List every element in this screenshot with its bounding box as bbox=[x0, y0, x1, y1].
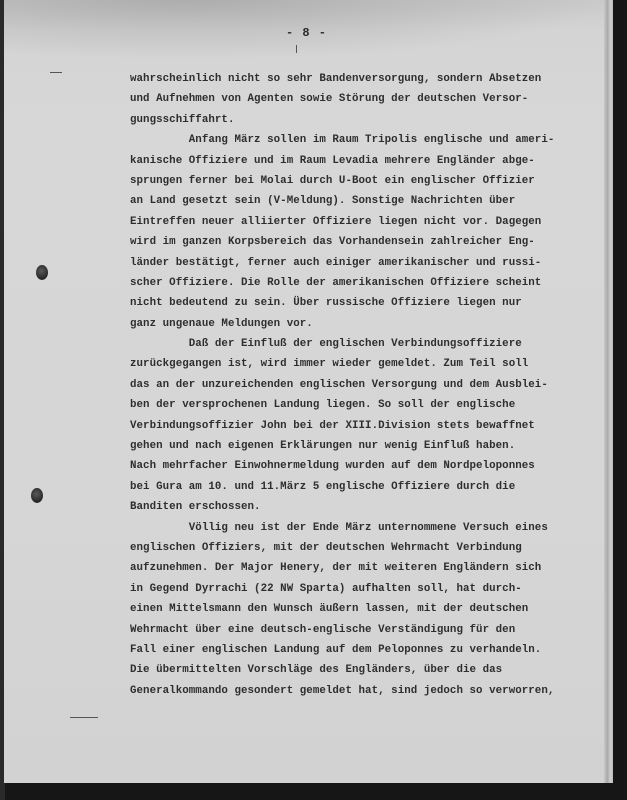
text-line: Völlig neu ist der Ende März unternommen… bbox=[130, 518, 600, 538]
text-line: scher Offiziere. Die Rolle der amerikani… bbox=[130, 273, 600, 293]
text-line: sprungen ferner bei Molai durch U-Boot e… bbox=[130, 171, 600, 191]
margin-mark bbox=[70, 717, 98, 718]
text-line: Nach mehrfacher Einwohnermeldung wurden … bbox=[130, 456, 600, 476]
text-line: Wehrmacht über eine deutsch-englische Ve… bbox=[130, 620, 600, 640]
text-line: zurückgegangen ist, wird immer wieder ge… bbox=[130, 354, 600, 374]
text-line: in Gegend Dyrrachi (22 NW Sparta) aufhal… bbox=[130, 579, 600, 599]
text-line: Anfang März sollen im Raum Tripolis engl… bbox=[130, 130, 600, 150]
text-line: Eintreffen neuer alliierter Offiziere li… bbox=[130, 212, 600, 232]
body-text: wahrscheinlich nicht so sehr Bandenverso… bbox=[130, 69, 600, 701]
paper-sheet: - 8 - wahrscheinlich nicht so sehr Bande… bbox=[4, 0, 609, 783]
text-line: ben der versprochenen Landung liegen. So… bbox=[130, 395, 600, 415]
margin-mark bbox=[50, 72, 62, 73]
text-line: wahrscheinlich nicht so sehr Bandenverso… bbox=[130, 69, 600, 89]
text-line: und Aufnehmen von Agenten sowie Störung … bbox=[130, 89, 600, 109]
scanned-page: - 8 - wahrscheinlich nicht so sehr Bande… bbox=[0, 0, 627, 800]
text-line: Verbindungsoffizier John bei der XIII.Di… bbox=[130, 416, 600, 436]
punch-hole-icon bbox=[36, 265, 48, 280]
text-line: Daß der Einfluß der englischen Verbindun… bbox=[130, 334, 600, 354]
text-line: Banditen erschossen. bbox=[130, 497, 600, 517]
text-line: Generalkommando gesondert gemeldet hat, … bbox=[130, 681, 600, 701]
text-line: kanische Offiziere und im Raum Levadia m… bbox=[130, 151, 600, 171]
text-line: Fall einer englischen Landung auf dem Pe… bbox=[130, 640, 600, 660]
text-line: länder bestätigt, ferner auch einiger am… bbox=[130, 253, 600, 273]
text-line: nicht bedeutend zu sein. Über russische … bbox=[130, 293, 600, 313]
text-line: wird im ganzen Korpsbereich das Vorhande… bbox=[130, 232, 600, 252]
punch-hole-icon bbox=[31, 488, 43, 503]
text-line: englischen Offiziers, mit der deutschen … bbox=[130, 538, 600, 558]
paper-fold-edge bbox=[604, 0, 613, 783]
text-line: an Land gesetzt sein (V-Meldung). Sonsti… bbox=[130, 191, 600, 211]
text-line: Die übermittelten Vorschläge des Engländ… bbox=[130, 660, 600, 680]
text-line: gehen und nach eigenen Erklärungen nur w… bbox=[130, 436, 600, 456]
pencil-tick bbox=[296, 45, 297, 53]
page-number: - 8 - bbox=[4, 26, 609, 40]
text-line: gungsschiffahrt. bbox=[130, 110, 600, 130]
text-line: einen Mittelsmann den Wunsch äußern lass… bbox=[130, 599, 600, 619]
text-line: aufzunehmen. Der Major Henery, der mit w… bbox=[130, 558, 600, 578]
text-line: das an der unzureichenden englischen Ver… bbox=[130, 375, 600, 395]
text-line: bei Gura am 10. und 11.März 5 englische … bbox=[130, 477, 600, 497]
text-line: ganz ungenaue Meldungen vor. bbox=[130, 314, 600, 334]
